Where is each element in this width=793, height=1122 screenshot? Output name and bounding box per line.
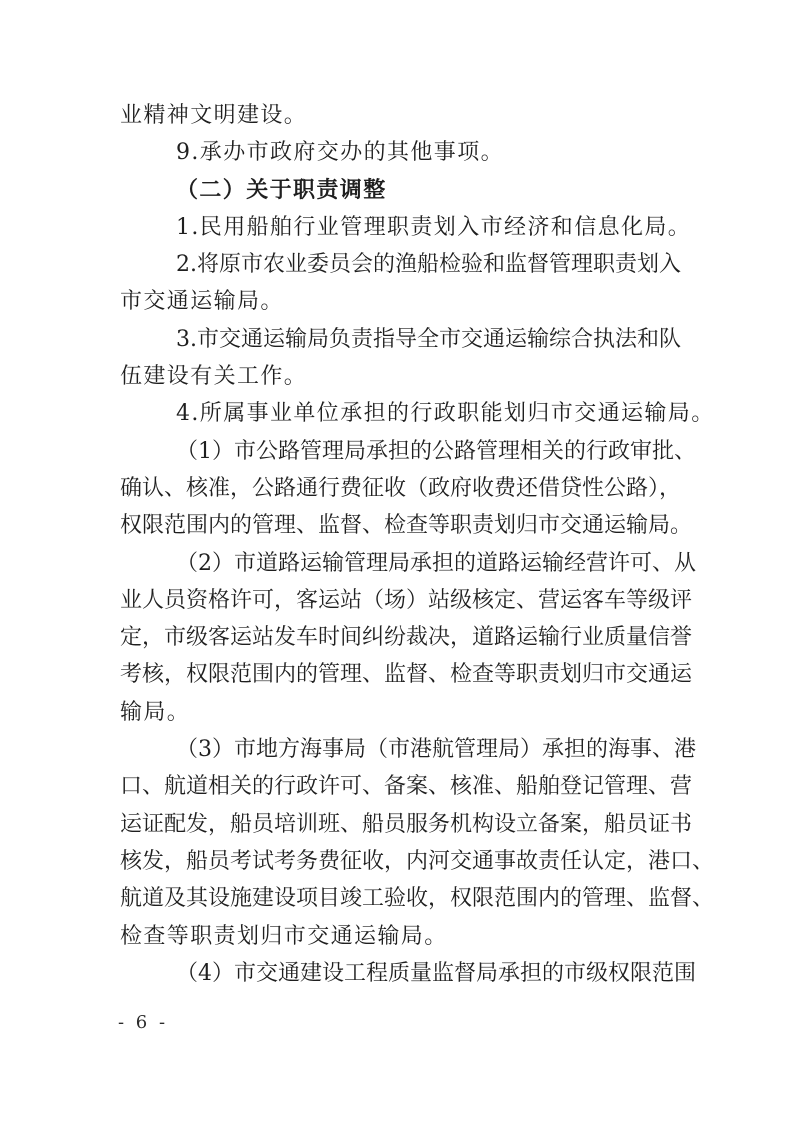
document-line: 口、航道相关的行政许可、备案、核准、船舶登记管理、营 xyxy=(120,768,677,805)
document-line: （2）市道路运输管理局承担的道路运输经营许可、从 xyxy=(120,545,677,582)
document-line: （1）市公路管理局承担的公路管理相关的行政审批、 xyxy=(120,433,677,470)
document-line: 检查等职责划归市交通运输局。 xyxy=(120,918,677,955)
document-line: 市交通运输局。 xyxy=(120,283,677,320)
document-line: 3.市交通运输局负责指导全市交通运输综合执法和队 xyxy=(120,321,677,358)
document-line: 运证配发，船员培训班、船员服务机构设立备案，船员证书 xyxy=(120,806,677,843)
document-line: 业精神文明建设。 xyxy=(120,97,677,134)
document-line: 考核，权限范围内的管理、监督、检查等职责划归市交通运 xyxy=(120,656,677,693)
document-line: 输局。 xyxy=(120,694,677,731)
document-line: 航道及其设施建设项目竣工验收，权限范围内的管理、监督、 xyxy=(120,880,677,917)
document-line: 伍建设有关工作。 xyxy=(120,358,677,395)
document-line: 核发，船员考试考务费征收，内河交通事故责任认定，港口、 xyxy=(120,843,677,880)
document-line: 2.将原市农业委员会的渔船检验和监督管理职责划入 xyxy=(120,246,677,283)
document-body: 业精神文明建设。 9.承办市政府交办的其他事项。 （二）关于职责调整 1.民用船… xyxy=(120,97,677,992)
document-line: 确认、核准，公路通行费征收（政府收费还借贷性公路）， xyxy=(120,470,677,507)
document-page: 业精神文明建设。 9.承办市政府交办的其他事项。 （二）关于职责调整 1.民用船… xyxy=(0,0,793,1122)
document-line: 权限范围内的管理、监督、检查等职责划归市交通运输局。 xyxy=(120,507,677,544)
section-heading: （二）关于职责调整 xyxy=(120,172,677,209)
page-number: - 6 - xyxy=(118,1010,168,1036)
document-line: 4.所属事业单位承担的行政职能划归市交通运输局。 xyxy=(120,395,677,432)
document-line: 业人员资格许可，客运站（场）站级核定、营运客车等级评 xyxy=(120,582,677,619)
document-line: 9.承办市政府交办的其他事项。 xyxy=(120,134,677,171)
document-line: 1.民用船舶行业管理职责划入市经济和信息化局。 xyxy=(120,209,677,246)
document-line: （4）市交通建设工程质量监督局承担的市级权限范围 xyxy=(120,955,677,992)
document-line: （3）市地方海事局（市港航管理局）承担的海事、港 xyxy=(120,731,677,768)
document-line: 定，市级客运站发车时间纠纷裁决，道路运输行业质量信誉 xyxy=(120,619,677,656)
